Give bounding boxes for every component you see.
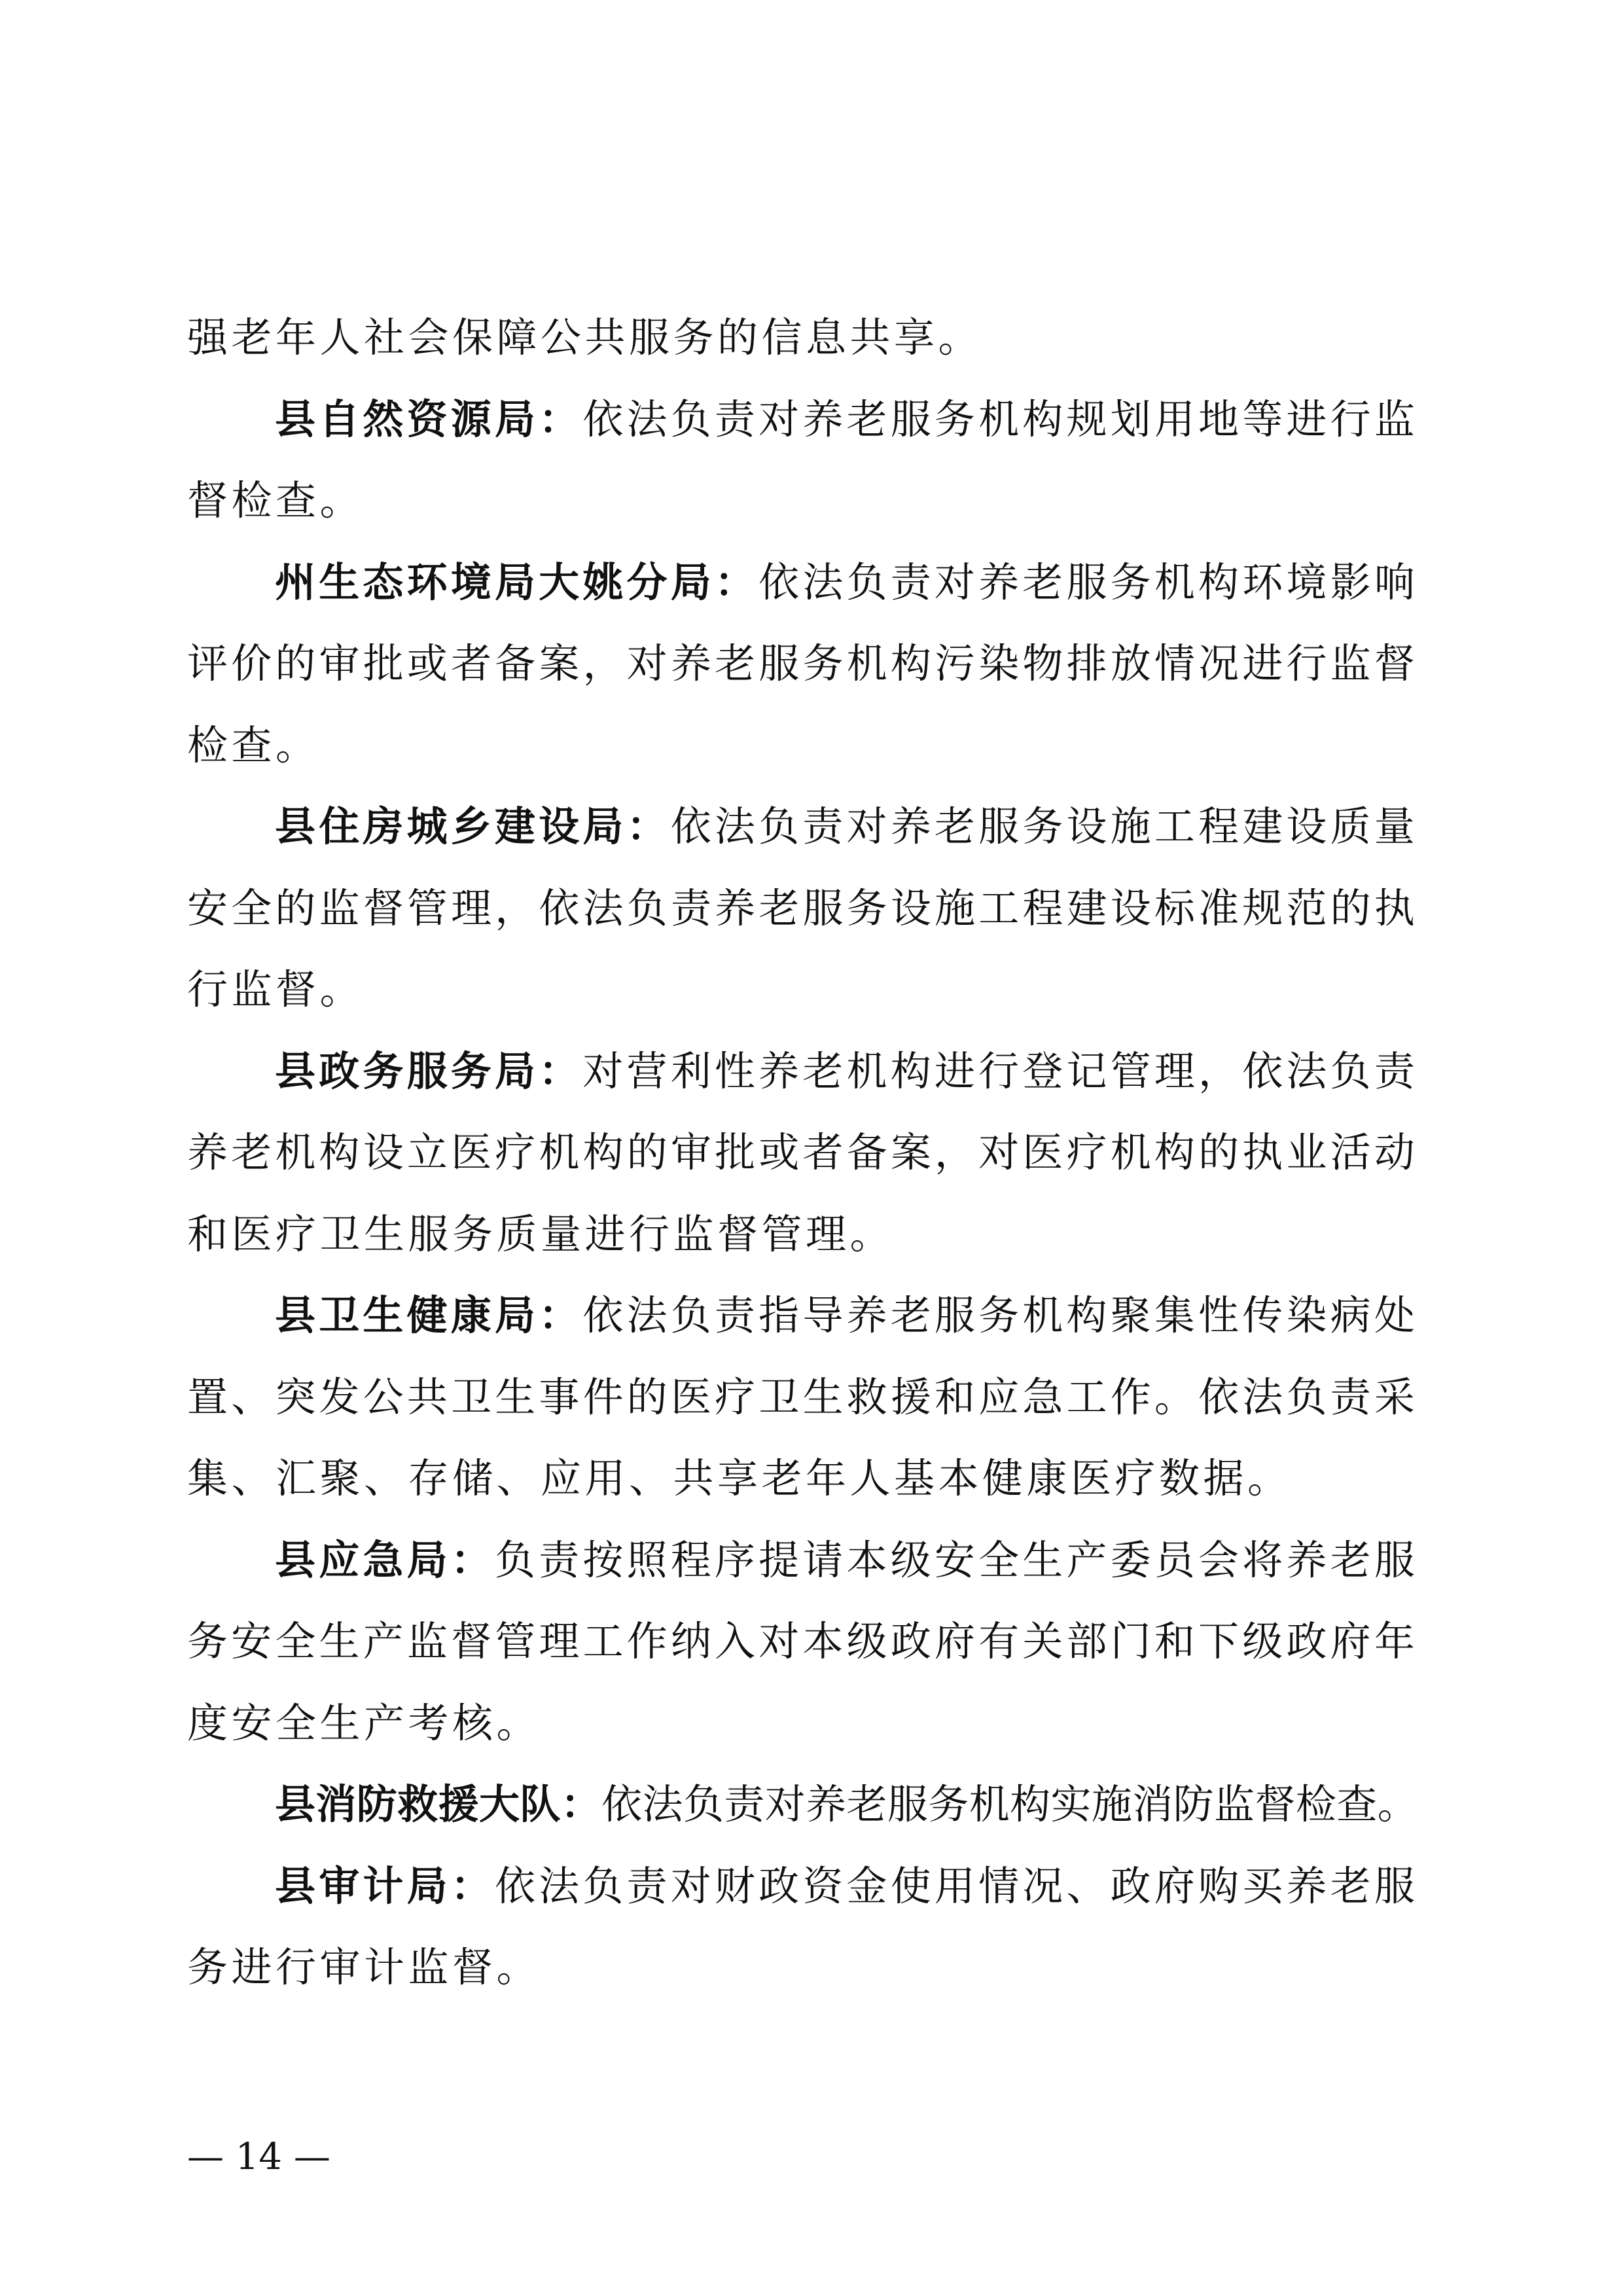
page-number: — 14 — <box>187 2131 330 2183</box>
paragraph-line: 强老年人社会保障公共服务的信息共享。 <box>187 312 1418 364</box>
paragraph-line: 行监督。 <box>187 963 1418 1016</box>
line-text: 依法负责对养老服务机构环境影响 <box>758 558 1418 606</box>
paragraph-line: 安全的监督管理，依法负责养老服务设施工程建设标准规范的执 <box>187 882 1418 935</box>
line-text: 养老机构设立医疗机构的审批或者备案，对医疗机构的执业活动 <box>187 1128 1418 1176</box>
paragraph-first-line: 县应急局：负责按照程序提请本级安全生产委员会将养老服 <box>187 1534 1418 1587</box>
paragraph-line: 务安全生产监督管理工作纳入对本级政府有关部门和下级政府年 <box>187 1615 1418 1668</box>
paragraph-line: 度安全生产考核。 <box>187 1697 1418 1749</box>
line-text: 安全的监督管理，依法负责养老服务设施工程建设标准规范的执 <box>187 884 1418 932</box>
department-heading: 县审计局： <box>275 1862 495 1910</box>
line-text: 集、汇聚、存储、应用、共享老年人基本健康医疗数据。 <box>187 1454 1292 1502</box>
line-text: 度安全生产考核。 <box>187 1699 541 1747</box>
department-heading: 县卫生健康局： <box>275 1291 582 1339</box>
department-heading: 县消防救援大队： <box>275 1780 601 1828</box>
paragraph-first-line: 县政务服务局：对营利性养老机构进行登记管理，依法负责 <box>187 1045 1418 1098</box>
line-text: 强老年人社会保障公共服务的信息共享。 <box>187 314 982 361</box>
line-text: 依法负责对养老服务设施工程建设质量 <box>671 802 1418 850</box>
paragraph-line: 务进行审计监督。 <box>187 1941 1418 1994</box>
line-text: 行监督。 <box>187 965 364 1013</box>
department-heading: 县政务服务局： <box>275 1047 582 1095</box>
paragraph-first-line: 县卫生健康局：依法负责指导养老服务机构聚集性传染病处 <box>187 1289 1418 1342</box>
paragraph-line: 督检查。 <box>187 475 1418 527</box>
line-text: 检查。 <box>187 721 320 769</box>
department-heading: 州生态环境局大姚分局： <box>275 558 758 606</box>
paragraph-line: 检查。 <box>187 719 1418 772</box>
line-text: 务进行审计监督。 <box>187 1943 541 1991</box>
paragraph-first-line: 州生态环境局大姚分局：依法负责对养老服务机构环境影响 <box>187 556 1418 609</box>
line-text: 负责按照程序提请本级安全生产委员会将养老服 <box>495 1536 1418 1584</box>
paragraph-first-line: 县消防救援大队：依法负责对养老服务机构实施消防监督检查。 <box>187 1778 1418 1831</box>
paragraph-first-line: 县住房城乡建设局：依法负责对养老服务设施工程建设质量 <box>187 800 1418 853</box>
paragraph-line: 和医疗卫生服务质量进行监督管理。 <box>187 1208 1418 1261</box>
line-text: 依法负责对养老服务机构实施消防监督检查。 <box>601 1780 1418 1828</box>
paragraph-line: 评价的审批或者备案，对养老服务机构污染物排放情况进行监督 <box>187 637 1418 690</box>
line-text: 务安全生产监督管理工作纳入对本级政府有关部门和下级政府年 <box>187 1617 1418 1665</box>
paragraph-first-line: 县自然资源局：依法负责对养老服务机构规划用地等进行监 <box>187 393 1418 446</box>
paragraph-line: 养老机构设立医疗机构的审批或者备案，对医疗机构的执业活动 <box>187 1126 1418 1179</box>
line-text: 对营利性养老机构进行登记管理，依法负责 <box>582 1047 1418 1095</box>
department-heading: 县自然资源局： <box>275 395 582 443</box>
line-text: 依法负责对养老服务机构规划用地等进行监 <box>582 395 1418 443</box>
line-text: 依法负责指导养老服务机构聚集性传染病处 <box>582 1291 1418 1339</box>
paragraph-line: 置、突发公共卫生事件的医疗卫生救援和应急工作。依法负责采 <box>187 1371 1418 1424</box>
line-text: 依法负责对财政资金使用情况、政府购买养老服 <box>495 1862 1418 1910</box>
department-heading: 县住房城乡建设局： <box>275 802 671 850</box>
line-text: 督检查。 <box>187 476 364 524</box>
line-text: 和医疗卫生服务质量进行监督管理。 <box>187 1210 894 1258</box>
line-text: 置、突发公共卫生事件的医疗卫生救援和应急工作。依法负责采 <box>187 1373 1418 1421</box>
paragraph-first-line: 县审计局：依法负责对财政资金使用情况、政府购买养老服 <box>187 1860 1418 1912</box>
department-heading: 县应急局： <box>275 1536 495 1584</box>
line-text: 评价的审批或者备案，对养老服务机构污染物排放情况进行监督 <box>187 639 1418 687</box>
document-page: 强老年人社会保障公共服务的信息共享。县自然资源局：依法负责对养老服务机构规划用地… <box>0 0 1623 2296</box>
paragraph-line: 集、汇聚、存储、应用、共享老年人基本健康医疗数据。 <box>187 1452 1418 1505</box>
